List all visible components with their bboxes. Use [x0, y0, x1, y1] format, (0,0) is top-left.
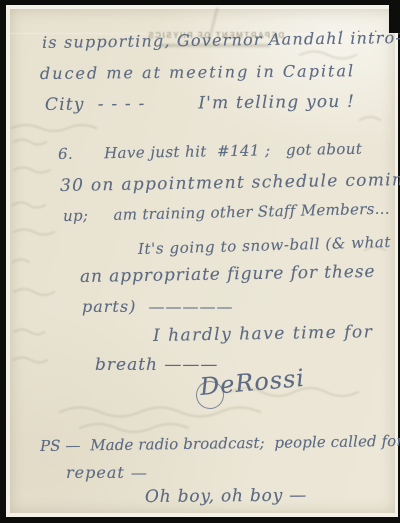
handwritten-line: City - - - - I'm telling you !: [45, 92, 355, 115]
handwritten-line: repeat —: [66, 463, 148, 482]
handwritten-line: I hardly have time for: [153, 322, 374, 346]
handwritten-line: duced me at meeting in Capital: [40, 61, 355, 83]
handwritten-line: Oh boy, oh boy —: [145, 486, 307, 507]
scan-corner-notch: [389, 0, 400, 33]
handwritten-line: parts) —————: [82, 297, 233, 316]
